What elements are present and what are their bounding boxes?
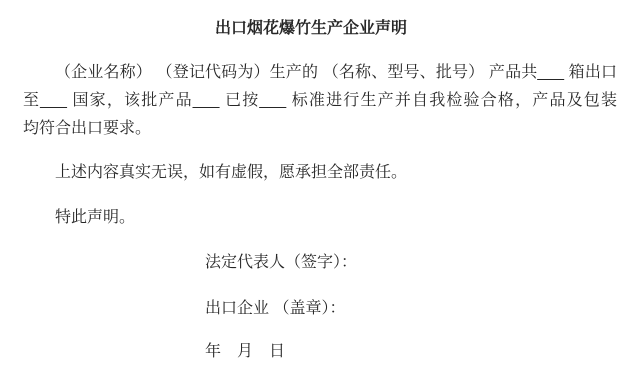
export-enterprise-seal-line: 出口企业 （盖章）： (205, 300, 345, 317)
declaration-body-paragraph: （企业名称） （登记代码为）生产的 （名称、型号、批号） 产品共___ 箱出口 … (23, 59, 617, 143)
truthfulness-statement: 上述内容真实无误，如有虚假，愿承担全部责任。 (23, 164, 617, 181)
hereby-declare-statement: 特此声明。 (23, 209, 617, 226)
document-title: 出口烟花爆竹生产企业声明 (0, 20, 622, 38)
paragraph-line-2: 至___ 国家，该批产品___ 已按___ 标准进行生产并自我检验合格，产品及包… (23, 87, 617, 115)
date-line: 年 月 日 (205, 343, 285, 360)
legal-representative-signature-line: 法定代表人（签字）： (205, 254, 357, 271)
paragraph-line-3: 均符合出口要求。 (23, 115, 617, 143)
paragraph-line-1: （企业名称） （登记代码为）生产的 （名称、型号、批号） 产品共___ 箱出口 (23, 59, 617, 87)
declaration-document-page: 出口烟花爆竹生产企业声明 （企业名称） （登记代码为）生产的 （名称、型号、批号… (0, 0, 622, 392)
